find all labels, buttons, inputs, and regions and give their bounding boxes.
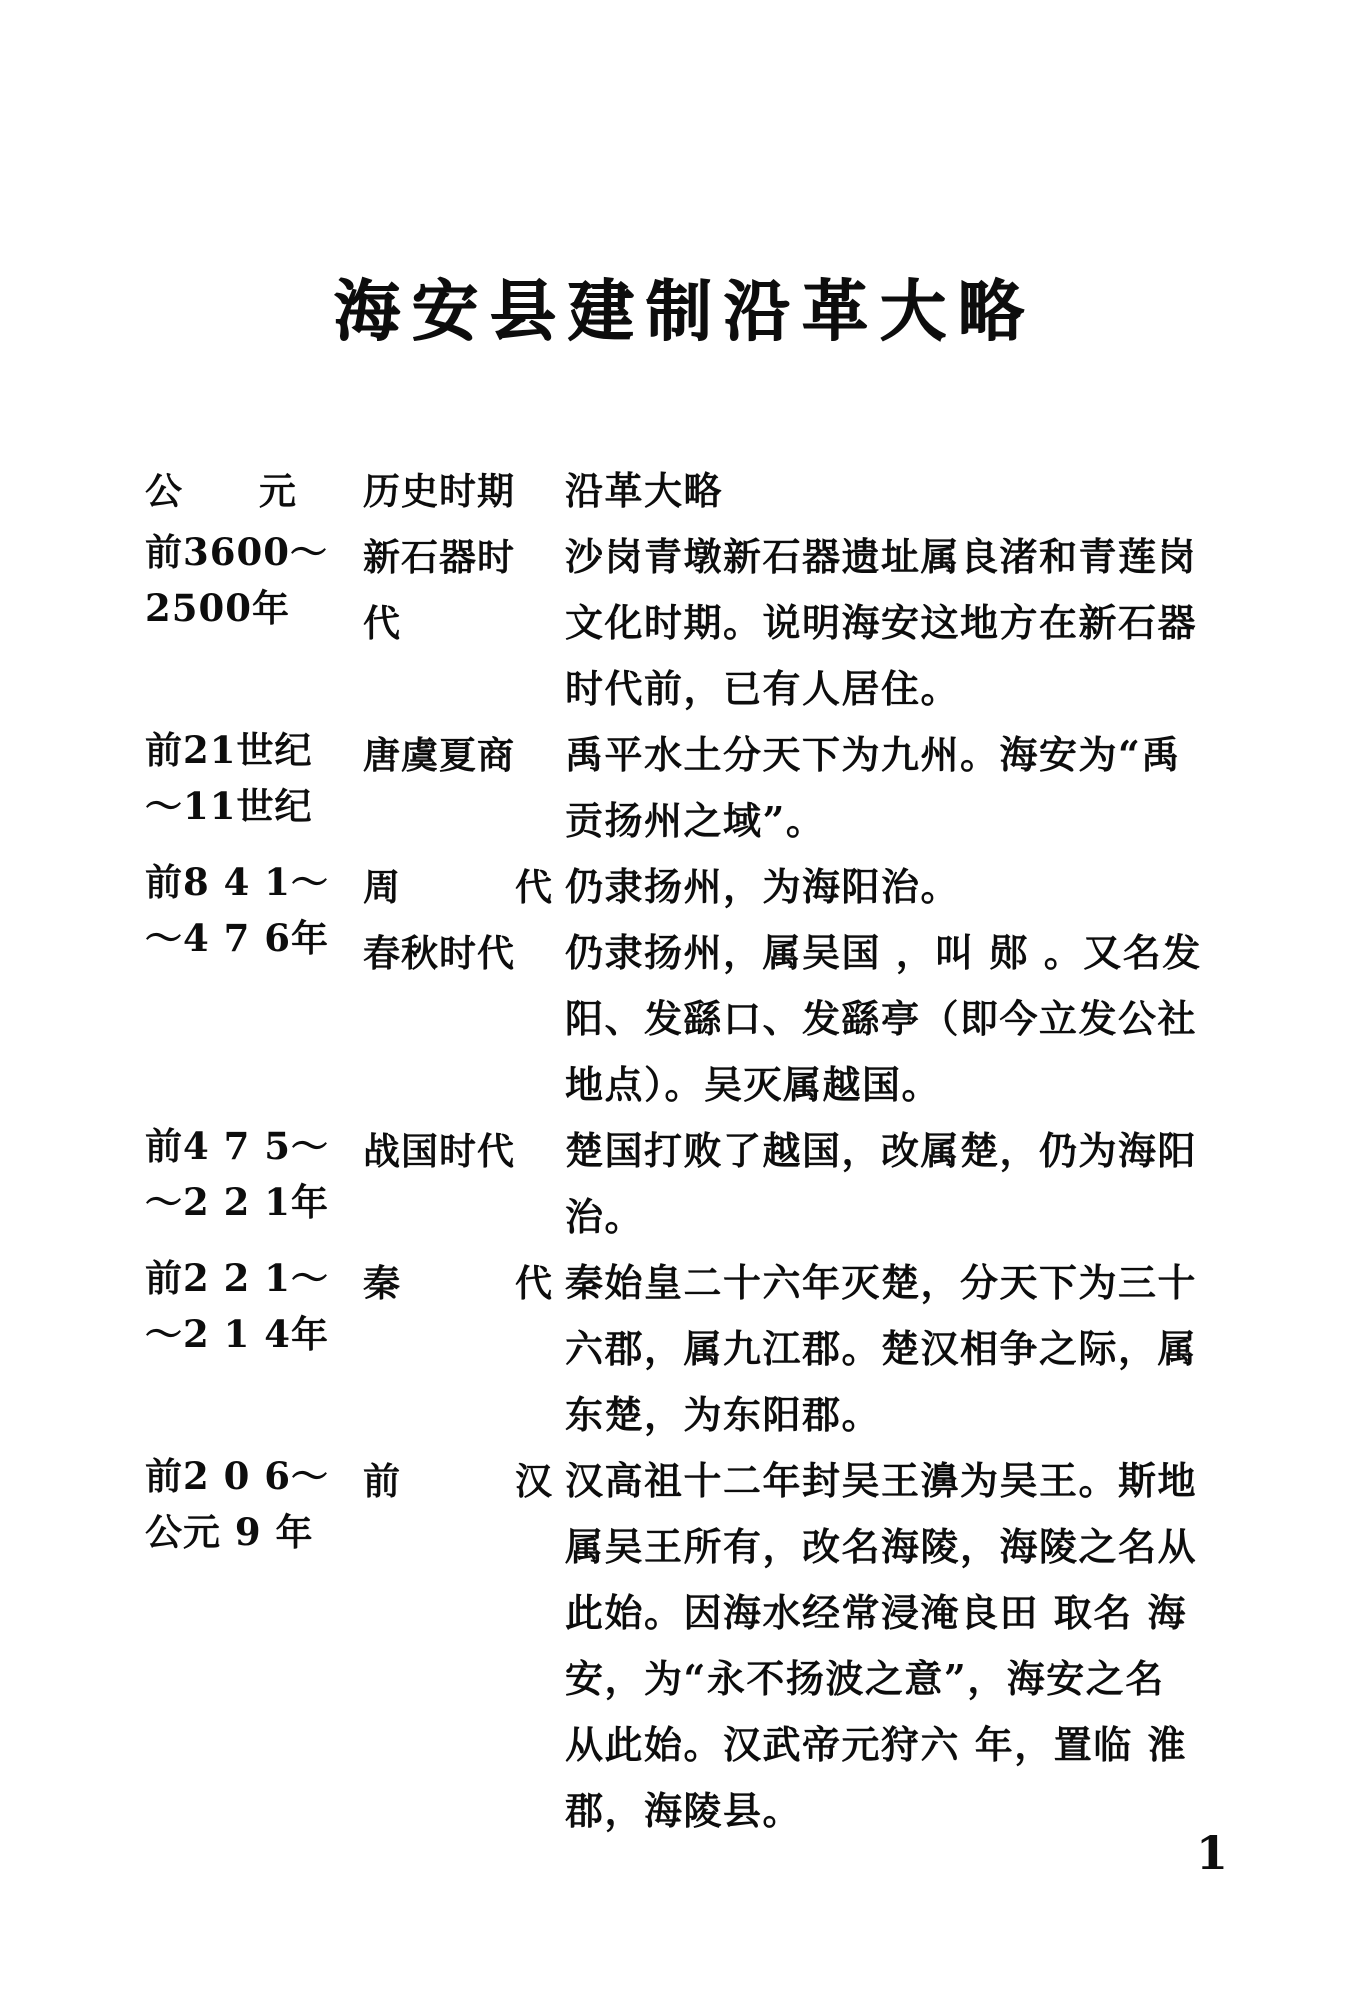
period-cell: 唐虞夏商 <box>363 722 565 788</box>
summary-cell: 仍隶扬州，为海阳治。 仍隶扬州，属吴国 ，叫 郧 。又名发 阳、发繇口、发繇亭（… <box>565 854 1240 1118</box>
era-cell: 前3600～ 2500年 <box>145 524 363 636</box>
header-summary: 沿革大略 <box>565 458 1240 524</box>
history-table: 公 元 历史时期 沿革大略 前3600～ 2500年 新石器时 代 沙岗青墩新石… <box>145 458 1240 1844</box>
header-period: 历史时期 <box>363 458 565 524</box>
page-title: 海安县建制沿革大略 <box>0 258 1370 353</box>
summary-cell: 汉高祖十二年封吴王濞为吴王。斯地 属吴王所有，改名海陵，海陵之名从 此始。因海水… <box>565 1448 1240 1844</box>
table-row-zhanguo: 前4 7 5～ ～2 2 1年 战国时代 楚国打败了越国，改属楚，仍为海阳 治。 <box>145 1118 1240 1250</box>
period-cell: 周 代 春秋时代 <box>363 854 565 986</box>
table-header: 公 元 历史时期 沿革大略 <box>145 458 1240 524</box>
table-row-qianhan: 前2 0 6～ 公元 9 年 前 汉 汉高祖十二年封吴王濞为吴王。斯地 属吴王所… <box>145 1448 1240 1844</box>
era-cell: 前4 7 5～ ～2 2 1年 <box>145 1118 363 1230</box>
period-cell: 前 汉 <box>363 1448 565 1514</box>
era-cell: 前8 4 1～ ～4 7 6年 <box>145 854 363 966</box>
table-row-neolithic: 前3600～ 2500年 新石器时 代 沙岗青墩新石器遗址属良渚和青莲岗 文化时… <box>145 524 1240 722</box>
page-number: 1 <box>1196 1826 1228 1880</box>
table-row-tang-yu-xia-shang: 前21世纪 ～11世纪 唐虞夏商 禹平水土分天下为九州。海安为“禹 贡扬州之域”… <box>145 722 1240 854</box>
summary-cell: 沙岗青墩新石器遗址属良渚和青莲岗 文化时期。说明海安这地方在新石器 时代前，已有… <box>565 524 1240 722</box>
era-cell: 前2 2 1～ ～2 1 4年 <box>145 1250 363 1362</box>
period-cell: 秦 代 <box>363 1250 565 1316</box>
table-row-zhou-chunqiu: 前8 4 1～ ～4 7 6年 周 代 春秋时代 仍隶扬州，为海阳治。 仍隶扬州… <box>145 854 1240 1118</box>
era-cell: 前21世纪 ～11世纪 <box>145 722 363 834</box>
header-era: 公 元 <box>145 458 363 524</box>
summary-cell: 秦始皇二十六年灭楚，分天下为三十 六郡，属九江郡。楚汉相争之际，属 东楚，为东阳… <box>565 1250 1240 1448</box>
summary-cell: 禹平水土分天下为九州。海安为“禹 贡扬州之域”。 <box>565 722 1240 854</box>
era-cell: 前2 0 6～ 公元 9 年 <box>145 1448 363 1560</box>
summary-cell: 楚国打败了越国，改属楚，仍为海阳 治。 <box>565 1118 1240 1250</box>
period-cell: 新石器时 代 <box>363 524 565 656</box>
document-page: 海安县建制沿革大略 公 元 历史时期 沿革大略 前3600～ 2500年 新石器… <box>0 0 1370 2016</box>
period-cell: 战国时代 <box>363 1118 565 1184</box>
table-row-qin: 前2 2 1～ ～2 1 4年 秦 代 秦始皇二十六年灭楚，分天下为三十 六郡，… <box>145 1250 1240 1448</box>
